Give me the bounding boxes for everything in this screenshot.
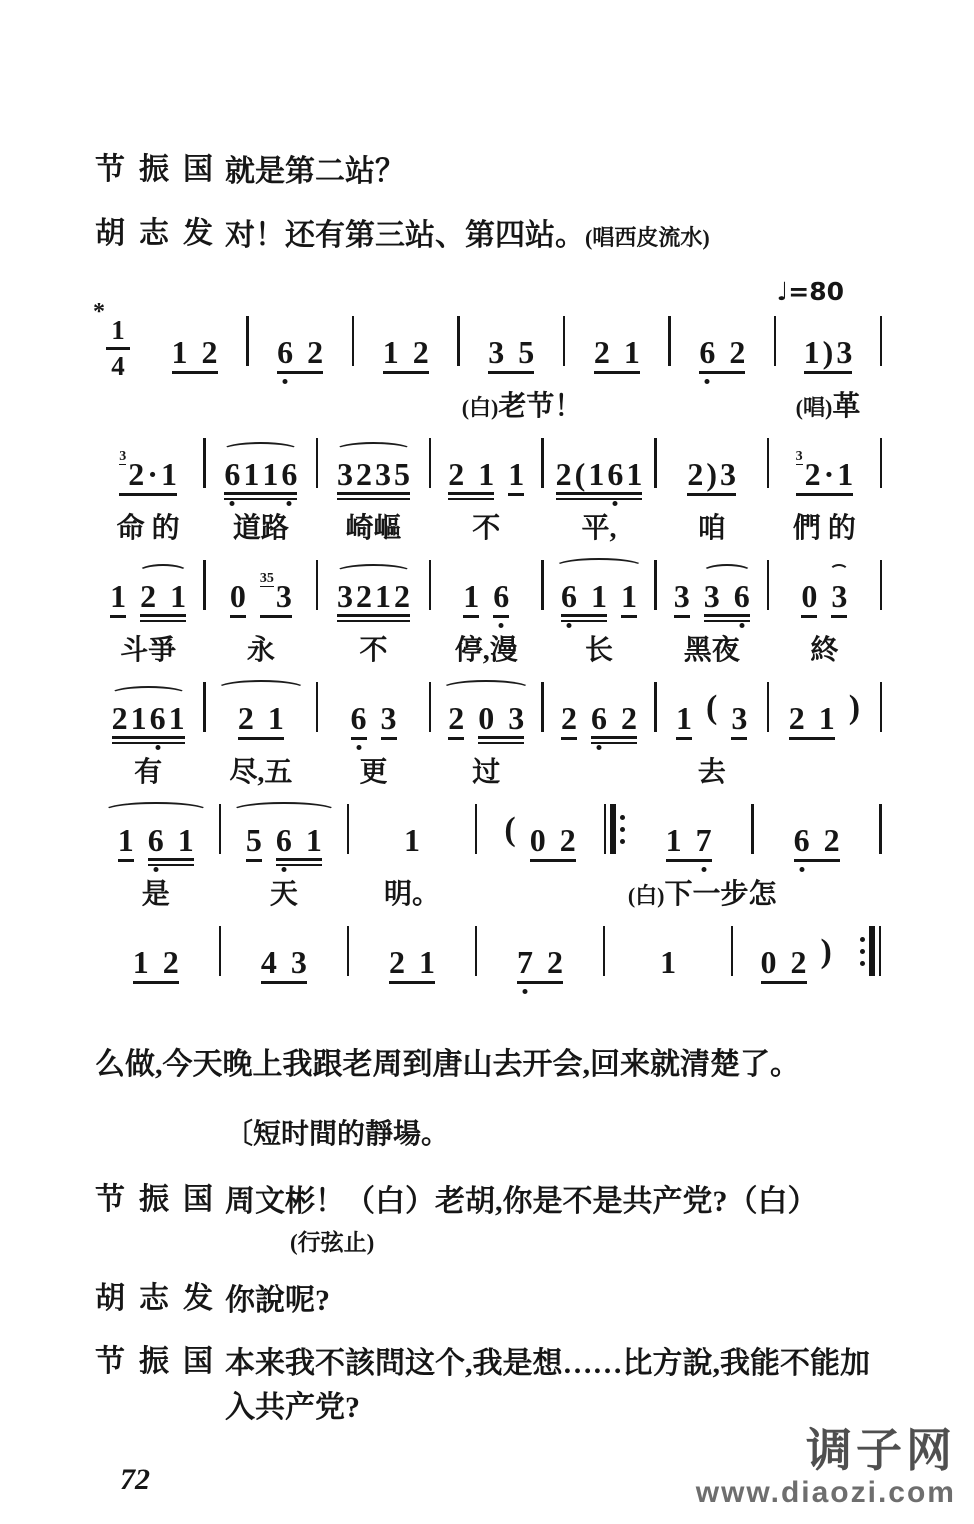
note-groups: 611 <box>546 560 652 612</box>
lyric: 不 <box>433 506 539 546</box>
note-digit: 1 <box>676 702 692 734</box>
note-group: 6 <box>493 580 509 612</box>
dialogue-top: 节振国就是第二站？胡志发对！还有第三站、第四站。(唱西皮流水) <box>95 150 884 257</box>
note-groups: 63 <box>320 682 426 734</box>
note-group: 6 <box>351 702 367 734</box>
note-groups: 1(3 <box>659 682 765 734</box>
note-digit: 0 <box>530 824 546 856</box>
note-digit: 2 <box>202 336 218 368</box>
lyric <box>673 384 772 424</box>
note-digit: 2 <box>356 458 372 490</box>
dialogue-text: 本来我不該問这个,我是想……比方說,我能不能加入共产党? <box>225 1342 884 1429</box>
note-group: 02 <box>761 946 807 978</box>
note-digit: 1 <box>118 824 134 856</box>
barline <box>429 682 432 732</box>
note-digit: 1 <box>819 702 835 734</box>
note-digit: 3 <box>375 458 391 490</box>
grace-notes: 35 <box>260 572 274 587</box>
note-digit: 3 <box>720 458 736 490</box>
note-digit: · <box>824 458 835 490</box>
note-digit: 2 <box>448 702 464 734</box>
note-digit: 2 <box>560 824 576 856</box>
barline <box>541 438 544 488</box>
note-groups: 161 <box>95 804 217 856</box>
repeat-dots <box>860 937 865 966</box>
note-digit: 1 <box>508 458 524 490</box>
note-groups: 12 <box>145 316 244 368</box>
note-digit: 1 <box>306 824 322 856</box>
lyric <box>223 994 345 1034</box>
note-group: 3 <box>731 702 747 734</box>
note-groups: 62 <box>251 316 350 368</box>
note-groups: 32·1 <box>771 438 877 490</box>
note-groups: 21 <box>351 926 473 978</box>
note-digit: 6 <box>607 458 623 490</box>
note-groups: 03 <box>771 560 877 612</box>
note-groups: 32·1 <box>95 438 201 490</box>
barline <box>219 804 222 854</box>
barline-thick <box>610 804 616 854</box>
note-groups: 16 <box>433 560 539 612</box>
repeat-dot <box>620 815 625 820</box>
note-digit: 2 <box>238 702 254 734</box>
note-digit: 1 <box>375 580 391 612</box>
note-digit: · <box>147 458 158 490</box>
lyric: 不 <box>320 628 426 668</box>
barline-thin <box>879 926 881 976</box>
note-group: 1 <box>660 946 676 978</box>
score-page: 节振国就是第二站？胡志发对！还有第三站、第四站。(唱西皮流水) ♩=80 *14… <box>0 0 974 1524</box>
barline <box>880 682 883 732</box>
lyric: 长 <box>546 628 652 668</box>
music-line: *1412621235(白)老节！21621)3(唱)革 <box>95 316 884 424</box>
note-digit: 6 <box>699 336 715 368</box>
note-digit: 1 <box>169 702 185 734</box>
barline <box>731 926 734 976</box>
barline <box>751 804 754 854</box>
dialogue-text: 周文彬！（白）老胡,你是不是共产党?（白）(行弦止) <box>225 1180 884 1259</box>
note-group: 353 <box>260 580 292 612</box>
music-line: 32·1命 的6116道路3235崎嶇211不2(161平,2)3咱32·1們 … <box>95 438 884 546</box>
note-digit: 1 <box>837 458 853 490</box>
note-digit: 5 <box>246 824 262 856</box>
barline <box>774 316 777 366</box>
note-digit: 1 <box>110 580 126 612</box>
measure: 21) <box>771 682 877 790</box>
measure: 12 <box>95 926 217 1034</box>
dialogue-line: 胡志发对！还有第三站、第四站。(唱西皮流水) <box>95 214 884 258</box>
note-group: 1)3 <box>804 336 853 368</box>
barline <box>429 560 432 610</box>
barline <box>654 682 657 732</box>
barline <box>203 438 206 488</box>
note-group: 21 <box>789 702 835 734</box>
note-digit: 7 <box>517 946 533 978</box>
measure: 35(白)老节！ <box>462 316 561 424</box>
note-digit: 3 <box>488 336 504 368</box>
dialogue-text: 你說呢? <box>225 1279 884 1323</box>
measure: 12 <box>356 316 455 424</box>
repeat-dot <box>860 937 865 942</box>
note-digit: 3 <box>508 702 524 734</box>
note-group: 6116 <box>224 458 297 490</box>
note-group: 62 <box>277 336 323 368</box>
note-digit: 2 <box>791 946 807 978</box>
speaker-name: 节振国 <box>95 150 213 189</box>
measure: 32·1們 的 <box>771 438 877 546</box>
note-digit: 1 <box>478 458 494 490</box>
music-score: *1412621235(白)老节！21621)3(唱)革32·1命 的6116道… <box>95 316 884 1086</box>
note-digit: 6 <box>493 580 509 612</box>
music-line: 161是561天1明。(0217(白)下一步怎62 <box>95 804 884 912</box>
stage-direction: 〔短时間的靜場。 <box>225 1112 884 1152</box>
note-group: 62 <box>591 702 637 734</box>
note-digit: 2 <box>389 946 405 978</box>
note-digit: 2 <box>729 336 745 368</box>
measure: 1)3(唱)革 <box>778 316 877 424</box>
note-group: 35 <box>488 336 534 368</box>
note-digit: 1 <box>172 336 188 368</box>
note-group: 36 <box>704 580 750 612</box>
lyric: (唱)革 <box>778 384 877 424</box>
note-digit: 1 <box>178 824 194 856</box>
note-group: 0 <box>801 580 817 612</box>
note-group: 2161 <box>112 702 185 734</box>
note-digit: 2 <box>356 580 372 612</box>
note-group: 1 <box>621 580 637 612</box>
note-digit: 1 <box>463 580 479 612</box>
lyric: 道路 <box>208 506 314 546</box>
note-group: 1 <box>110 580 126 612</box>
note-digit: 1 <box>131 702 147 734</box>
measure: 161是 <box>95 804 217 912</box>
measure: 62 <box>673 316 772 424</box>
barline <box>475 804 478 854</box>
repeat-dot <box>620 827 625 832</box>
measure: 561天 <box>223 804 345 912</box>
note-group: 12 <box>172 336 218 368</box>
lyric <box>356 384 455 424</box>
note-digit: 0 <box>478 702 494 734</box>
barline <box>668 316 671 366</box>
lyric <box>771 750 877 790</box>
note-digit: 3 <box>704 580 720 612</box>
lyric <box>607 994 729 1034</box>
barline <box>347 804 350 854</box>
measure: 3235崎嶇 <box>320 438 426 546</box>
note-digit: 1 <box>660 946 676 978</box>
dialogue-text: 就是第二站？ <box>225 150 884 194</box>
note-group: 12 <box>133 946 179 978</box>
note-group: 5 <box>246 824 262 856</box>
note-groups: 35 <box>462 316 561 368</box>
note-digit: 3 <box>836 336 852 368</box>
lyric: 更 <box>320 750 426 790</box>
measure: 121斗爭 <box>95 560 201 668</box>
lyric <box>479 994 601 1034</box>
repeat-dots <box>620 815 625 844</box>
lyric: 永 <box>208 628 314 668</box>
repeat-dot <box>860 949 865 954</box>
measure: 336黑夜 <box>659 560 765 668</box>
note-groups: 1 <box>607 926 729 978</box>
lyric <box>351 994 473 1034</box>
continued-dialogue-text: 么做,今天晚上我跟老周到唐山去开会,回来就清楚了。 <box>95 1044 884 1086</box>
grace-notes: 3 <box>119 450 126 465</box>
note-group: 62 <box>794 824 840 856</box>
measure: 12 <box>145 316 244 424</box>
music-row: 121斗爭0353永3212不16停,漫611长336黑夜03終 <box>95 560 884 668</box>
lyric: 平, <box>546 506 652 546</box>
measure: 1明。 <box>351 804 473 912</box>
note-group: 21 <box>594 336 640 368</box>
note-digit: 1 <box>161 458 177 490</box>
note-groups: 121 <box>95 560 201 612</box>
note-digit: 3 <box>381 702 397 734</box>
note-groups: 203 <box>433 682 539 734</box>
note-groups: 2)3 <box>659 438 765 490</box>
note-group: 1 <box>508 458 524 490</box>
note-digit: 1 <box>621 580 637 612</box>
measure: 262 <box>546 682 652 790</box>
note-groups: 02) <box>735 926 857 978</box>
note-groups: 1)3 <box>778 316 877 368</box>
note-digit: 2 <box>556 458 572 490</box>
note-groups: 12 <box>95 926 217 978</box>
note-digit: 1 <box>133 946 149 978</box>
note-groups: 21) <box>771 682 877 734</box>
note-group: 3 <box>831 580 847 612</box>
measure: 1 <box>607 926 729 1034</box>
lyric <box>479 872 601 912</box>
barline <box>654 438 657 488</box>
barline <box>352 316 355 366</box>
barline <box>541 560 544 610</box>
music-row: 2161有21尽,五63更203过2621(3去21) <box>95 682 884 790</box>
note-digit: 0 <box>801 580 817 612</box>
repeat-start-barline <box>604 804 625 854</box>
note-digit: 6 <box>150 702 166 734</box>
note-group: 62 <box>699 336 745 368</box>
note-group: 1 <box>676 702 692 734</box>
music-row: 32·1命 的6116道路3235崎嶇211不2(161平,2)3咱32·1們 … <box>95 438 884 546</box>
lyric <box>735 994 857 1034</box>
note-digit: ( <box>575 458 586 490</box>
barline <box>219 926 222 976</box>
dialogue-text-content: 周文彬！（白）老胡,你是不是共产党?（白） <box>225 1185 818 1218</box>
note-group: 21 <box>238 702 284 734</box>
phrase-paren: ( <box>504 804 515 856</box>
measure: 1(3去 <box>659 682 765 790</box>
lyric: 咱 <box>659 506 765 546</box>
lyric <box>567 384 666 424</box>
note-group: 1 <box>463 580 479 612</box>
measure: (02 <box>479 804 601 912</box>
barline <box>246 316 249 366</box>
lyric: (白)下一步怎 <box>628 872 750 912</box>
note-digit: 2 <box>307 336 323 368</box>
note-digit: 2 <box>561 702 577 734</box>
speaker-name: 胡志发 <box>95 214 213 253</box>
note-group: 72 <box>517 946 563 978</box>
grace-notes: 3 <box>796 450 803 465</box>
note-groups: 21 <box>208 682 314 734</box>
note-digit: 5 <box>518 336 534 368</box>
measure: 211不 <box>433 438 539 546</box>
note-group: 1 <box>118 824 134 856</box>
note-digit: 2 <box>128 458 144 490</box>
note-digit: 5 <box>394 458 410 490</box>
note-groups: 3212 <box>320 560 426 612</box>
measure: 03終 <box>771 560 877 668</box>
music-line: 121斗爭0353永3212不16停,漫611长336黑夜03終 <box>95 560 884 668</box>
measure: 63更 <box>320 682 426 790</box>
note-groups: (02 <box>479 804 601 856</box>
dialogue-line: 节振国就是第二站？ <box>95 150 884 194</box>
measure: 3212不 <box>320 560 426 668</box>
lyric: 尽,五 <box>208 750 314 790</box>
note-digit: ) <box>706 458 717 490</box>
note-digit: 2 <box>112 702 128 734</box>
note-group: 0 <box>230 580 246 612</box>
measure: 16停,漫 <box>433 560 539 668</box>
measure: 17(白)下一步怎 <box>628 804 750 912</box>
performance-cue: (唱西皮流水) <box>585 225 710 250</box>
note-digit: 6 <box>148 824 164 856</box>
barline <box>203 682 206 732</box>
note-digit: 6 <box>276 824 292 856</box>
barline <box>563 316 566 366</box>
lyric <box>145 384 244 424</box>
note-group: 3212 <box>337 580 410 612</box>
phrase-paren: ( <box>706 682 717 734</box>
measure: 2161有 <box>95 682 201 790</box>
measure: 6116道路 <box>208 438 314 546</box>
dialogue-text: 对！还有第三站、第四站。(唱西皮流水) <box>225 214 884 258</box>
phrase-paren: ) <box>849 682 860 734</box>
barline <box>654 560 657 610</box>
lyric: 去 <box>659 750 765 790</box>
note-digit: 1 <box>419 946 435 978</box>
speaker-name: 节振国 <box>95 1180 213 1219</box>
repeat-end-barline <box>860 926 881 976</box>
barline <box>880 438 883 488</box>
note-digit: 2 <box>789 702 805 734</box>
watermark-title: 调子网 <box>696 1425 956 1476</box>
note-groups: 561 <box>223 804 345 856</box>
phrase-paren: ) <box>821 926 832 978</box>
barline <box>429 438 432 488</box>
lyric <box>95 994 217 1034</box>
note-groups: 3235 <box>320 438 426 490</box>
note-groups: 62 <box>673 316 772 368</box>
note-group: 32·1 <box>119 458 177 490</box>
measure: 21 <box>567 316 666 424</box>
repeat-dot <box>620 839 625 844</box>
note-group: 3 <box>381 702 397 734</box>
speaker-name: 节振国 <box>95 1342 213 1381</box>
music-row: *1412621235(白)老节！21621)3(唱)革 <box>95 316 884 424</box>
lyric: 是 <box>95 872 217 912</box>
note-digit: 1 <box>666 824 682 856</box>
note-digit: 3 <box>731 702 747 734</box>
note-digit: 2 <box>594 336 610 368</box>
repeat-dot <box>860 961 865 966</box>
note-digit: 2 <box>140 580 156 612</box>
note-groups: 2(161 <box>546 438 652 490</box>
barline-thin <box>604 804 606 854</box>
note-digit: 1 <box>591 580 607 612</box>
note-group: 1 <box>404 824 420 856</box>
measure: 2(161平, <box>546 438 652 546</box>
note-digit: 2 <box>687 458 703 490</box>
time-signature-denominator: 4 <box>111 350 125 380</box>
music-line: 12432172102)么做,今天晚上我跟老周到唐山去开会,回来就清楚了。 <box>95 926 884 1086</box>
measure: 0353永 <box>208 560 314 668</box>
note-groups: 2161 <box>95 682 201 734</box>
lyric: 有 <box>95 750 201 790</box>
barline <box>347 926 350 976</box>
note-digit: 3 <box>291 946 307 978</box>
note-group: 2 <box>561 702 577 734</box>
lyric: 斗爭 <box>95 628 201 668</box>
note-digit: 6 <box>277 336 293 368</box>
note-digit: 6 <box>794 824 810 856</box>
lyric <box>756 872 878 912</box>
note-digit: 3 <box>337 580 353 612</box>
barline <box>475 926 478 976</box>
note-digit: 3 <box>276 580 292 612</box>
note-digit: 2 <box>163 946 179 978</box>
dialogue-text-content: 对！还有第三站、第四站。 <box>225 219 585 252</box>
lyric: 天 <box>223 872 345 912</box>
note-digit: 1 <box>804 336 820 368</box>
note-groups: 62 <box>756 804 878 856</box>
note-groups: 72 <box>479 926 601 978</box>
note-digit: 2 <box>448 458 464 490</box>
note-group: 61 <box>276 824 322 856</box>
measure: 32·1命 的 <box>95 438 201 546</box>
barline <box>767 682 770 732</box>
note-group: 32·1 <box>796 458 854 490</box>
note-digit: 7 <box>696 824 712 856</box>
barline <box>316 438 319 488</box>
note-digit: 1 <box>404 824 420 856</box>
barline <box>541 682 544 732</box>
barline <box>880 560 883 610</box>
dialogue-line: 节振国本来我不該問这个,我是想……比方說,我能不能加入共产党? <box>95 1342 884 1429</box>
time-signature-numerator: 1 <box>106 317 130 350</box>
note-groups: 12 <box>356 316 455 368</box>
note-group: 2)3 <box>687 458 736 490</box>
measure: 203过 <box>433 682 539 790</box>
time-signature: *14 <box>95 316 141 380</box>
note-digit: 6 <box>591 702 607 734</box>
lyric: (白)老节！ <box>462 384 561 424</box>
note-digit: 1 <box>170 580 186 612</box>
note-groups: 262 <box>546 682 652 734</box>
lyric: 終 <box>771 628 877 668</box>
music-line: 2161有21尽,五63更203过2621(3去21) <box>95 682 884 790</box>
note-group: 61 <box>561 580 607 612</box>
barline <box>603 926 606 976</box>
note-group: 12 <box>383 336 429 368</box>
note-digit: 6 <box>281 458 297 490</box>
note-group: 43 <box>261 946 307 978</box>
lyric: 命 的 <box>95 506 201 546</box>
note-digit: ) <box>823 336 834 368</box>
measure: 611长 <box>546 560 652 668</box>
